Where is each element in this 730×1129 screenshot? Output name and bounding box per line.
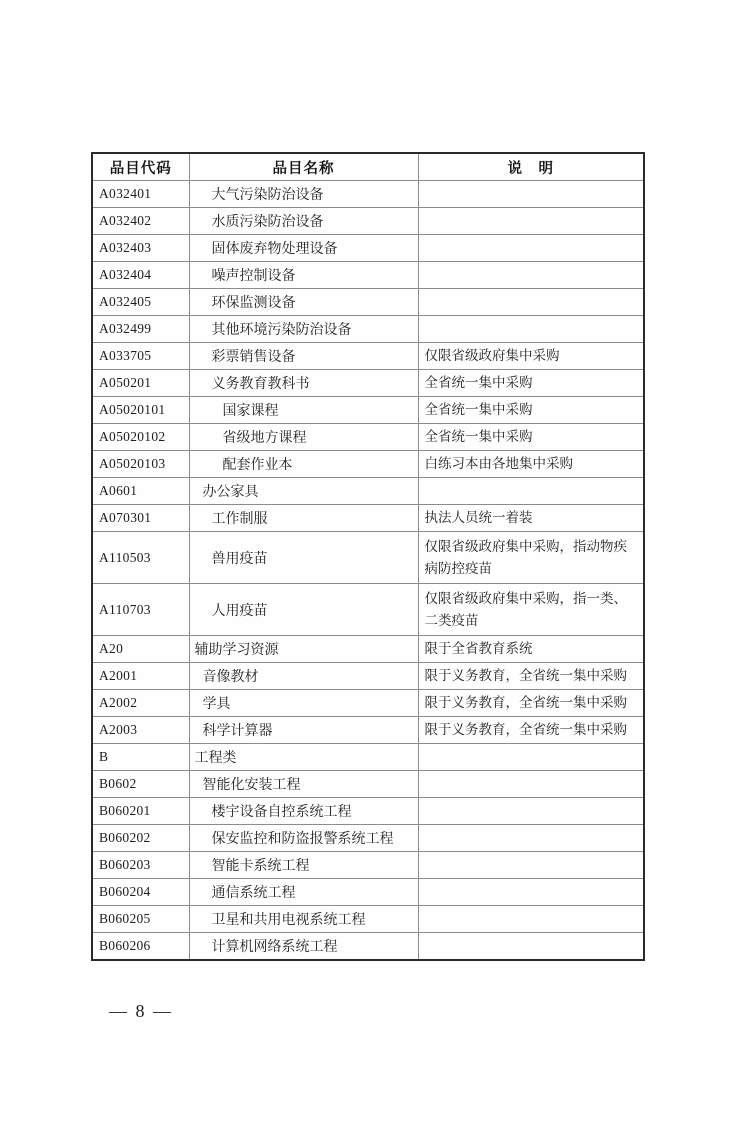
table-row: B060205卫星和共用电视系统工程 [92, 906, 644, 933]
document-page: 品目代码 品目名称 说 明 A032401大气污染防治设备A032402水质污染… [0, 0, 730, 1129]
table-row: A0601办公家具 [92, 478, 644, 505]
item-name-cell: 环保监测设备 [189, 289, 418, 316]
table-row: A05020103配套作业本白练习本由各地集中采购 [92, 451, 644, 478]
item-name-cell: 固体废弃物处理设备 [189, 235, 418, 262]
note-cell: 仅限省级政府集中采购，指动物疾病防控疫苗 [418, 532, 644, 584]
page-number: — 8 — [109, 1001, 173, 1022]
note-cell [418, 181, 644, 208]
table-row: A110703人用疫苗仅限省级政府集中采购，指一类、二类疫苗 [92, 584, 644, 636]
item-code-cell: B060201 [92, 798, 189, 825]
item-name-cell: 水质污染防治设备 [189, 208, 418, 235]
note-cell [418, 933, 644, 960]
procurement-catalog-table: 品目代码 品目名称 说 明 A032401大气污染防治设备A032402水质污染… [91, 152, 645, 961]
note-cell [418, 771, 644, 798]
item-code-cell: A032403 [92, 235, 189, 262]
item-code-cell: A110703 [92, 584, 189, 636]
table-body: A032401大气污染防治设备A032402水质污染防治设备A032403固体废… [92, 181, 644, 960]
item-code-cell: A05020102 [92, 424, 189, 451]
note-cell [418, 852, 644, 879]
item-name-cell: 智能卡系统工程 [189, 852, 418, 879]
column-header-note: 说 明 [418, 153, 644, 181]
item-code-cell: B0602 [92, 771, 189, 798]
item-name-cell: 辅助学习资源 [189, 636, 418, 663]
item-code-cell: B060206 [92, 933, 189, 960]
note-cell [418, 235, 644, 262]
note-cell [418, 798, 644, 825]
table-row: A070301工作制服执法人员统一着装 [92, 505, 644, 532]
item-name-cell: 通信系统工程 [189, 879, 418, 906]
item-code-cell: A2001 [92, 663, 189, 690]
note-cell: 限于义务教育，全省统一集中采购 [418, 663, 644, 690]
item-name-cell: 音像教材 [189, 663, 418, 690]
item-name-cell: 省级地方课程 [189, 424, 418, 451]
note-cell: 限于全省教育系统 [418, 636, 644, 663]
table-row: A032401大气污染防治设备 [92, 181, 644, 208]
note-cell [418, 208, 644, 235]
table-row: A032402水质污染防治设备 [92, 208, 644, 235]
item-name-cell: 大气污染防治设备 [189, 181, 418, 208]
item-name-cell: 配套作业本 [189, 451, 418, 478]
note-cell [418, 289, 644, 316]
item-name-cell: 保安监控和防盗报警系统工程 [189, 825, 418, 852]
item-name-cell: 学具 [189, 690, 418, 717]
item-code-cell: A20 [92, 636, 189, 663]
item-code-cell: A032402 [92, 208, 189, 235]
note-cell [418, 316, 644, 343]
table-row: A032403固体废弃物处理设备 [92, 235, 644, 262]
note-cell: 仅限省级政府集中采购 [418, 343, 644, 370]
note-cell [418, 906, 644, 933]
note-cell [418, 825, 644, 852]
item-name-cell: 工作制服 [189, 505, 418, 532]
item-code-cell: A032401 [92, 181, 189, 208]
table-row: B0602智能化安装工程 [92, 771, 644, 798]
table-row: A032405环保监测设备 [92, 289, 644, 316]
note-cell: 全省统一集中采购 [418, 397, 644, 424]
item-name-cell: 人用疫苗 [189, 584, 418, 636]
item-name-cell: 噪声控制设备 [189, 262, 418, 289]
item-name-cell: 兽用疫苗 [189, 532, 418, 584]
item-name-cell: 其他环境污染防治设备 [189, 316, 418, 343]
item-name-cell: 义务教育教科书 [189, 370, 418, 397]
item-name-cell: 彩票销售设备 [189, 343, 418, 370]
table-row: A050201义务教育教科书全省统一集中采购 [92, 370, 644, 397]
item-code-cell: B060204 [92, 879, 189, 906]
item-name-cell: 办公家具 [189, 478, 418, 505]
table-row: A2003科学计算器限于义务教育，全省统一集中采购 [92, 717, 644, 744]
table-row: A2002学具限于义务教育，全省统一集中采购 [92, 690, 644, 717]
note-cell [418, 744, 644, 771]
item-name-cell: 卫星和共用电视系统工程 [189, 906, 418, 933]
item-code-cell: A2003 [92, 717, 189, 744]
table-row: A20辅助学习资源限于全省教育系统 [92, 636, 644, 663]
item-code-cell: A05020103 [92, 451, 189, 478]
table-row: A2001音像教材限于义务教育，全省统一集中采购 [92, 663, 644, 690]
column-header-item-code: 品目代码 [92, 153, 189, 181]
item-code-cell: B060203 [92, 852, 189, 879]
table-row: B060201楼宇设备自控系统工程 [92, 798, 644, 825]
item-name-cell: 楼宇设备自控系统工程 [189, 798, 418, 825]
table-row: B工程类 [92, 744, 644, 771]
table-row: A033705彩票销售设备仅限省级政府集中采购 [92, 343, 644, 370]
item-name-cell: 国家课程 [189, 397, 418, 424]
item-code-cell: A050201 [92, 370, 189, 397]
item-code-cell: A033705 [92, 343, 189, 370]
item-name-cell: 工程类 [189, 744, 418, 771]
table-row: A05020102省级地方课程全省统一集中采购 [92, 424, 644, 451]
item-code-cell: A032405 [92, 289, 189, 316]
table-row: B060204通信系统工程 [92, 879, 644, 906]
item-name-cell: 智能化安装工程 [189, 771, 418, 798]
note-cell: 限于义务教育，全省统一集中采购 [418, 717, 644, 744]
item-code-cell: A032404 [92, 262, 189, 289]
note-cell: 仅限省级政府集中采购，指一类、二类疫苗 [418, 584, 644, 636]
note-cell: 全省统一集中采购 [418, 424, 644, 451]
table-row: B060206计算机网络系统工程 [92, 933, 644, 960]
note-cell: 全省统一集中采购 [418, 370, 644, 397]
table-row: A032499其他环境污染防治设备 [92, 316, 644, 343]
item-name-cell: 科学计算器 [189, 717, 418, 744]
note-cell: 限于义务教育，全省统一集中采购 [418, 690, 644, 717]
item-name-cell: 计算机网络系统工程 [189, 933, 418, 960]
table-row: A032404噪声控制设备 [92, 262, 644, 289]
item-code-cell: B060205 [92, 906, 189, 933]
note-cell: 白练习本由各地集中采购 [418, 451, 644, 478]
table-row: A110503兽用疫苗仅限省级政府集中采购，指动物疾病防控疫苗 [92, 532, 644, 584]
item-code-cell: A05020101 [92, 397, 189, 424]
column-header-item-name: 品目名称 [189, 153, 418, 181]
item-code-cell: A110503 [92, 532, 189, 584]
table-row: B060203智能卡系统工程 [92, 852, 644, 879]
note-cell [418, 478, 644, 505]
note-cell [418, 262, 644, 289]
table-row: B060202保安监控和防盗报警系统工程 [92, 825, 644, 852]
item-code-cell: A070301 [92, 505, 189, 532]
item-code-cell: A0601 [92, 478, 189, 505]
note-cell [418, 879, 644, 906]
note-cell: 执法人员统一着装 [418, 505, 644, 532]
table-row: A05020101国家课程全省统一集中采购 [92, 397, 644, 424]
item-code-cell: B [92, 744, 189, 771]
item-code-cell: A2002 [92, 690, 189, 717]
item-code-cell: A032499 [92, 316, 189, 343]
item-code-cell: B060202 [92, 825, 189, 852]
table-header-row: 品目代码 品目名称 说 明 [92, 153, 644, 181]
